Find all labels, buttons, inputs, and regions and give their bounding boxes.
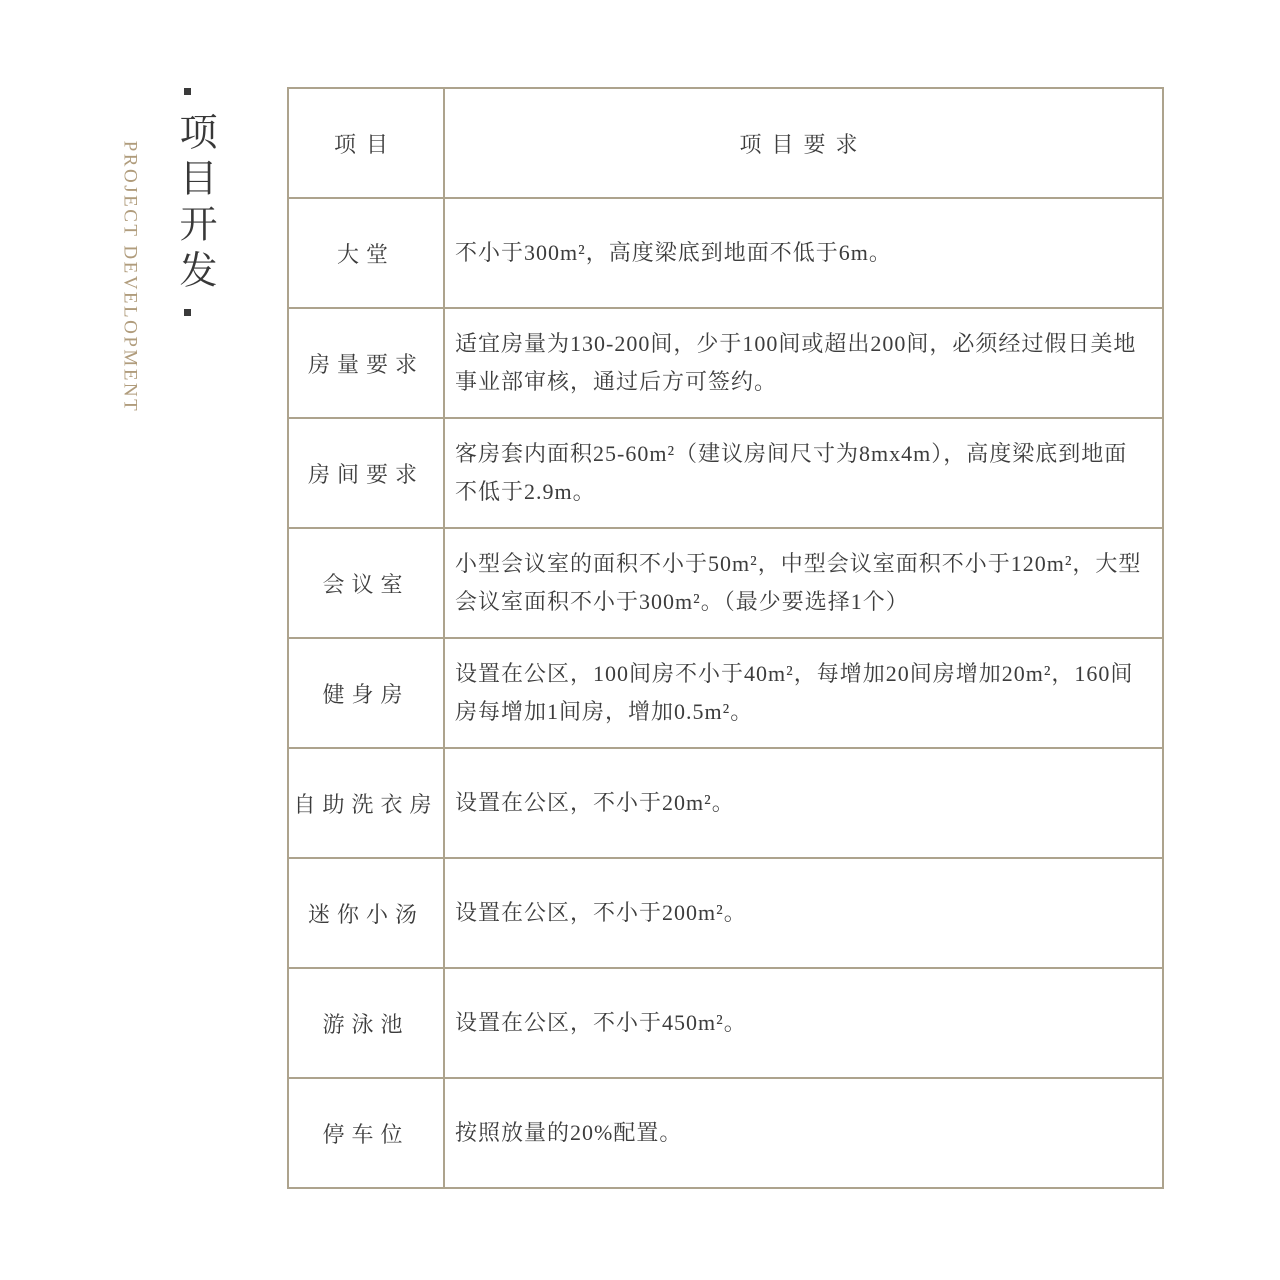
table-row: 迷你小汤 设置在公区，不小于200m²。	[288, 858, 1163, 968]
header-requirement: 项目要求	[444, 88, 1163, 198]
table-row: 房间要求 客房套内面积25-60m²（建议房间尺寸为8mx4m），高度梁底到地面…	[288, 418, 1163, 528]
decorative-dot-top	[184, 88, 191, 95]
table-row: 房量要求 适宜房量为130-200间，少于100间或超出200间，必须经过假日美…	[288, 308, 1163, 418]
requirement-cell: 客房套内面积25-60m²（建议房间尺寸为8mx4m），高度梁底到地面不低于2.…	[444, 418, 1163, 528]
item-cell: 停车位	[288, 1078, 444, 1188]
requirement-cell: 设置在公区，不小于200m²。	[444, 858, 1163, 968]
section-title-chinese: 项目开发	[167, 112, 222, 296]
page: 项目开发 PROJECT DEVELOPMENT 项目 项目要求 大堂 不小于3…	[0, 0, 1280, 1280]
item-cell: 自助洗衣房	[288, 748, 444, 858]
table-row: 健身房 设置在公区，100间房不小于40m²，每增加20间房增加20m²，160…	[288, 638, 1163, 748]
project-requirements-table: 项目 项目要求 大堂 不小于300m²，高度梁底到地面不低于6m。 房量要求 适…	[287, 87, 1164, 1189]
item-cell: 会议室	[288, 528, 444, 638]
requirement-cell: 设置在公区，不小于450m²。	[444, 968, 1163, 1078]
requirement-cell: 适宜房量为130-200间，少于100间或超出200间，必须经过假日美地事业部审…	[444, 308, 1163, 418]
item-cell: 健身房	[288, 638, 444, 748]
requirement-cell: 按照放量的20%配置。	[444, 1078, 1163, 1188]
requirement-cell: 小型会议室的面积不小于50m²，中型会议室面积不小于120m²，大型会议室面积不…	[444, 528, 1163, 638]
table-row: 会议室 小型会议室的面积不小于50m²，中型会议室面积不小于120m²，大型会议…	[288, 528, 1163, 638]
requirement-cell: 设置在公区，100间房不小于40m²，每增加20间房增加20m²，160间房每增…	[444, 638, 1163, 748]
table-row: 自助洗衣房 设置在公区，不小于20m²。	[288, 748, 1163, 858]
item-cell: 游泳池	[288, 968, 444, 1078]
requirement-cell: 设置在公区，不小于20m²。	[444, 748, 1163, 858]
section-title-english: PROJECT DEVELOPMENT	[117, 105, 141, 450]
table-row: 停车位 按照放量的20%配置。	[288, 1078, 1163, 1188]
table-header-row: 项目 项目要求	[288, 88, 1163, 198]
header-item: 项目	[288, 88, 444, 198]
requirement-cell: 不小于300m²，高度梁底到地面不低于6m。	[444, 198, 1163, 308]
item-cell: 房量要求	[288, 308, 444, 418]
decorative-dot-bottom	[184, 309, 191, 316]
item-cell: 大堂	[288, 198, 444, 308]
table-row: 游泳池 设置在公区，不小于450m²。	[288, 968, 1163, 1078]
item-cell: 迷你小汤	[288, 858, 444, 968]
item-cell: 房间要求	[288, 418, 444, 528]
table-row: 大堂 不小于300m²，高度梁底到地面不低于6m。	[288, 198, 1163, 308]
